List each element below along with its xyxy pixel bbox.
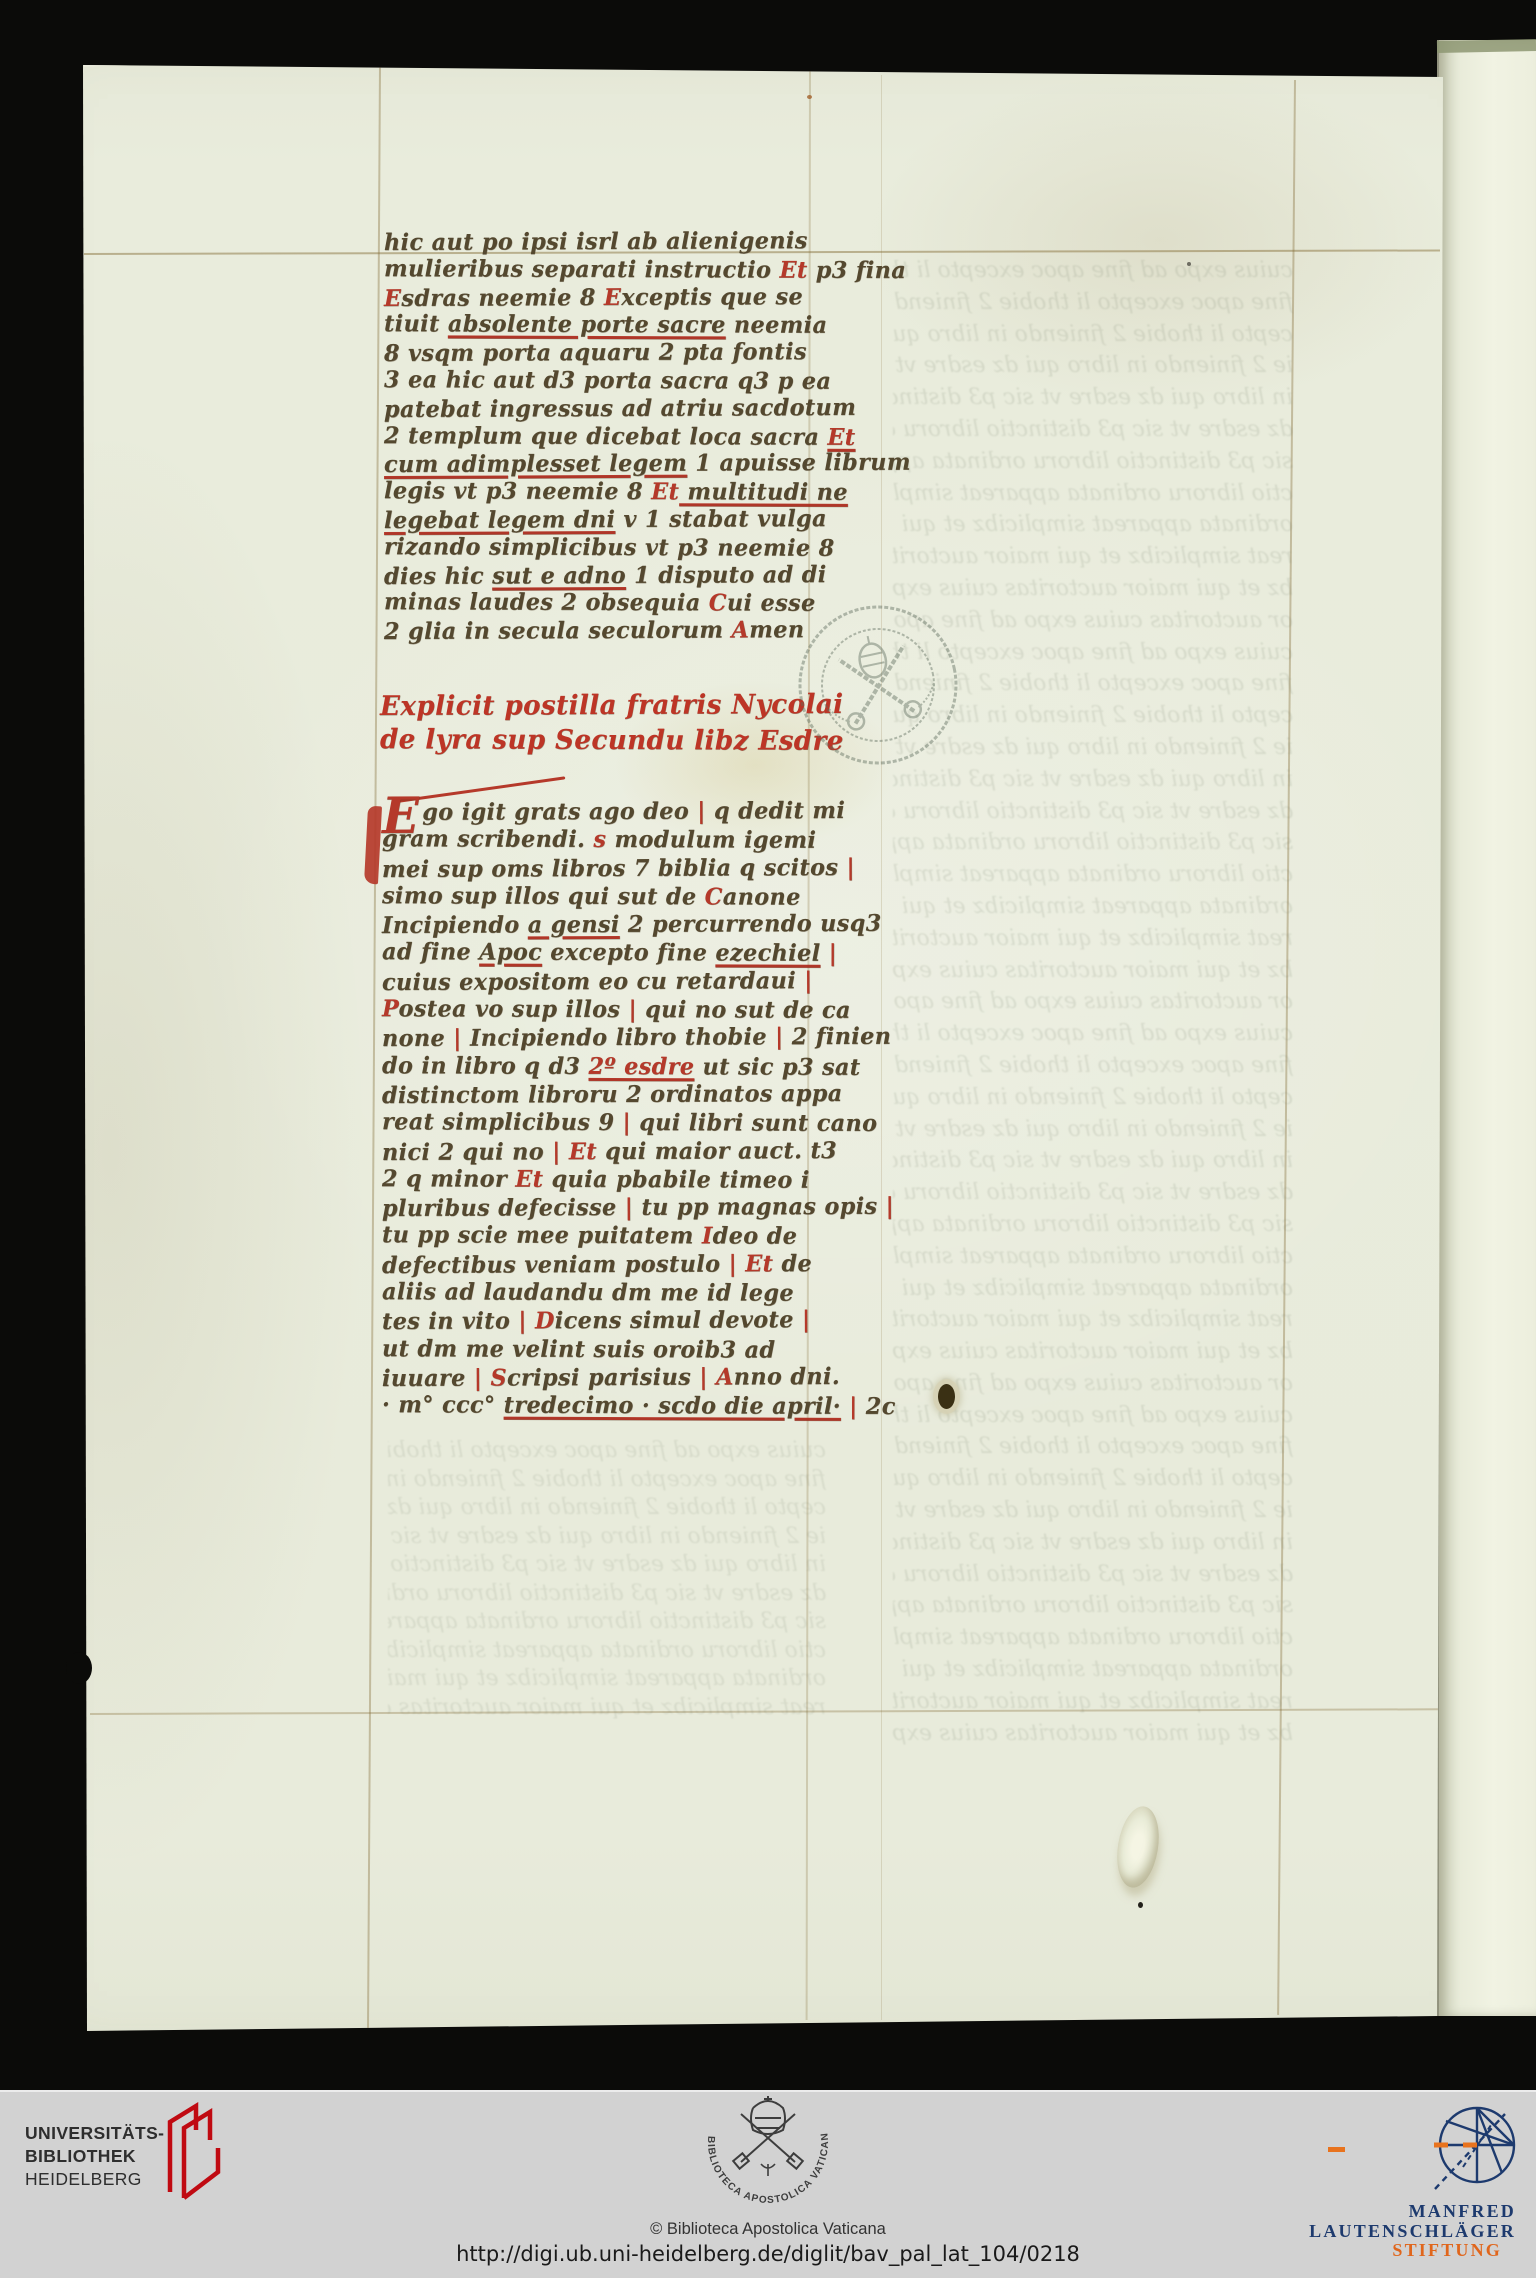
bleedthrough-line: in libro qui dz esdre vt sic p3 distinct… [893, 1148, 1293, 1180]
bleedthrough-line: fine apoc excepto li thobie 2 finiendo i… [893, 290, 1293, 322]
bleedthrough-column-right: cuius expo ad fine apoc excepto li thobi… [893, 258, 1293, 1758]
bleedthrough-line: ie 2 finiendo in libro qui dz esdre vt s… [893, 353, 1293, 385]
bleedthrough-line: bz et qui maior auctoritas cuius expo ad… [893, 576, 1293, 608]
leaf-top-edge [1437, 39, 1536, 53]
manuscript-line: distinctom libroru 2 ordinatos appa [382, 1080, 846, 1110]
bleedthrough-line: bz et qui maior auctoritas cuius expo ad… [893, 1721, 1293, 1753]
manuscript-text-block-2: Ego igit grats ago deo | q dedit migram … [382, 798, 846, 1421]
mls-wordmark: MANFRED LAUTENSCHLÄGER STIFTUNG [1309, 2202, 1516, 2261]
manuscript-line: dies hic sut e adno 1 disputo ad di [384, 561, 848, 591]
edge-debris [66, 1652, 92, 1684]
red-initial-bracket [364, 806, 382, 885]
parchment-hole [938, 1384, 955, 1409]
photo-area: cuius expo ad fine apoc excepto li thobi… [0, 0, 1536, 2090]
bleedthrough-line: cuius expo ad fine apoc excepto li thobi… [388, 1438, 826, 1467]
manuscript-line: Explicit postilla fratris Nycolai [380, 687, 844, 724]
manuscript-line: tes in vito | Dicens simul devote | [382, 1306, 846, 1336]
ub-line-1: UNIVERSITÄTS- [25, 2122, 164, 2145]
bleedthrough-line: ordinata appareat simplicibz et qui maio… [893, 1657, 1293, 1689]
ink-speck [807, 95, 812, 99]
bleedthrough-line: ie 2 finiendo in libro qui dz esdre vt s… [893, 1498, 1293, 1530]
mls-line-3: STIFTUNG [1309, 2241, 1516, 2261]
manuscript-line: do in libro q d3 2º esdre ut sic p3 sat [382, 1052, 846, 1082]
ub-heidelberg-logo-icon [156, 2100, 226, 2202]
bleedthrough-line: ctio libroru ordinata appareat simplicib… [893, 1625, 1293, 1657]
manuscript-line: defectibus veniam postulo | Et de [382, 1250, 846, 1280]
ub-line-3: HEIDELBERG [25, 2168, 164, 2191]
manuscript-line: ad fine Apoc excepto fine ezechiel | [382, 939, 846, 969]
ruling-line-left [367, 66, 381, 2028]
manuscript-line: 3 ea hic aut d3 porta sacra q3 p ea [384, 366, 848, 395]
bleedthrough-line: cuius expo ad fine apoc excepto li thobi… [893, 1403, 1293, 1435]
manuscript-line: 2 q minor Et quia pbabile timeo i [382, 1165, 846, 1195]
bleedthrough-line: cuius expo ad fine apoc excepto li thobi… [893, 1021, 1293, 1053]
manuscript-line: patebat ingressus ad atriu sacdotum [384, 394, 848, 424]
bleedthrough-line: cuius expo ad fine apoc excepto li thobi… [893, 258, 1293, 290]
corner-fold [84, 60, 179, 66]
svg-text:BIBLIOTECA APOSTOLICA VATICANA: BIBLIOTECA APOSTOLICA VATICANA [693, 2094, 831, 2206]
source-url: http://digi.ub.uni-heidelberg.de/diglit/… [0, 2242, 1536, 2266]
bleedthrough-line: bz et qui maior auctoritas cuius expo ad… [893, 1339, 1293, 1371]
manuscript-line: iuuare | Scripsi parisius | Anno dni. [382, 1363, 846, 1393]
manuscript-line: legis vt p3 neemie 8 Et multitudi ne [384, 477, 848, 506]
manuscript-line: none | Incipiendo libro thobie | 2 finie… [382, 1023, 846, 1053]
manuscript-line: · m° ccc° tredecimo · scdo die april· | … [382, 1391, 846, 1421]
bleedthrough-line: cepto li thobie 2 finiendo in libro qui … [388, 1495, 826, 1524]
bleedthrough-line: reat simplicibz et qui maior auctoritas … [388, 1695, 826, 1724]
bleedthrough-line: ordinata appareat simplicibz et qui maio… [893, 894, 1293, 926]
book-fore-edge [1437, 40, 1536, 2016]
manuscript-line: Postea vo sup illos | qui no sut de ca [382, 995, 846, 1025]
manuscript-line: mulieribus separati instructio Et p3 fin… [384, 255, 848, 284]
vatican-arc-text: BIBLIOTECA APOSTOLICA VATICANA [693, 2094, 831, 2206]
manuscript-line: nici 2 qui no | Et qui maior auct. t3 [382, 1137, 846, 1167]
ub-heidelberg-wordmark: UNIVERSITÄTS- BIBLIOTHEK HEIDELBERG [25, 2122, 164, 2191]
ink-speck [1138, 1902, 1143, 1908]
manuscript-line: minas laudes 2 obsequia Cui esse [384, 589, 848, 618]
ub-line-2: BIBLIOTHEK [25, 2145, 164, 2168]
manuscript-line: Ego igit grats ago deo | q dedit mi [382, 797, 846, 827]
bleedthrough-line: dz esdre vt sic p3 distinctio libroru or… [388, 1581, 826, 1610]
bleedthrough-line: dz esdre vt sic p3 distinctio libroru or… [893, 799, 1293, 831]
bleedthrough-line: ie 2 finiendo in libro qui dz esdre vt s… [388, 1524, 826, 1553]
bleedthrough-line: in libro qui dz esdre vt sic p3 distinct… [893, 385, 1293, 417]
manuscript-line: rizando simplicibus vt p3 neemie 8 [384, 533, 848, 562]
manuscript-line: legebat legem dni v 1 stabat vulga [384, 505, 848, 535]
bleedthrough-line: bz et qui maior auctoritas cuius expo ad… [893, 958, 1293, 990]
manuscript-line: cum adimplesset legem 1 apuisse librum [384, 449, 848, 479]
manuscript-line: cuius expositom eo cu retardaui | [382, 967, 846, 997]
parchment-page: cuius expo ad fine apoc excepto li thobi… [0, 0, 1536, 2090]
bleedthrough-line: fine apoc excepto li thobie 2 finiendo i… [893, 1434, 1293, 1466]
mls-line-1: MANFRED [1309, 2202, 1516, 2222]
footer-bar: UNIVERSITÄTS- BIBLIOTHEK HEIDELBERG [0, 2090, 1536, 2278]
manuscript-line: simo sup illos qui sut de Canone [382, 882, 846, 912]
manuscript-line: pluribus defecisse | tu pp magnas opis | [382, 1193, 846, 1223]
manuscript-line: Incipiendo a gensi 2 percurrendo usq3 [382, 910, 846, 940]
parchment-repair-dimple [1112, 1803, 1164, 1890]
manuscript-line: reat simplicibus 9 | qui libri sunt cano [382, 1108, 846, 1138]
manfred-lautenschlaeger-stiftung-logo [1433, 2105, 1518, 2195]
bleedthrough-line: sic p3 distinctio libroru ordinata appar… [388, 1609, 826, 1638]
bleedthrough-line: fine apoc excepto li thobie 2 finiendo i… [893, 1053, 1293, 1085]
manuscript-line: 2 templum que dicebat loca sacra Et [384, 422, 848, 451]
manuscript-line: de lyra sup Secundu libz Esdre [380, 722, 844, 759]
manuscript-line: ut dm me velint suis oroib3 ad [382, 1335, 846, 1365]
vatican-copyright: © Biblioteca Apostolica Vaticana [0, 2220, 1536, 2239]
bleedthrough-line: or auctoritas cuius expo ad fine apoc ex… [893, 989, 1293, 1021]
ink-speck [1187, 262, 1191, 266]
manuscript-line: gram scribendi. s modulum igemi [382, 825, 846, 855]
bleedthrough-column-left: cuius expo ad fine apoc excepto li thobi… [388, 1438, 826, 1726]
manuscript-line: mei sup oms libros 7 biblia q scitos | [382, 854, 846, 884]
digitized-manuscript-scan: cuius expo ad fine apoc excepto li thobi… [0, 0, 1536, 2278]
bleedthrough-line: ordinata appareat simplicibz et qui maio… [893, 1276, 1293, 1308]
bleedthrough-line: sic p3 distinctio libroru ordinata appar… [893, 830, 1293, 862]
bleedthrough-line: ordinata appareat simplicibz et qui maio… [893, 512, 1293, 544]
bleedthrough-line: ctio libroru ordinata appareat simplicib… [388, 1638, 826, 1667]
manuscript-line: tu pp scie mee puitatem Ideo de [382, 1222, 846, 1252]
bleedthrough-line: ctio libroru ordinata appareat simplicib… [893, 481, 1293, 513]
manuscript-line: tiuit absolente porte sacre neemia [384, 311, 848, 340]
mls-dash-mark [1328, 2147, 1345, 2152]
bleedthrough-line: reat simplicibz et qui maior auctoritas … [893, 1307, 1293, 1339]
bleedthrough-line: sic p3 distinctio libroru ordinata appar… [893, 1212, 1293, 1244]
manuscript-text-block-1: hic aut po ipsi isrl ab alienigenismulie… [384, 228, 848, 645]
bleedthrough-line: cepto li thobie 2 finiendo in libro qui … [893, 1085, 1293, 1117]
bleedthrough-line: ctio libroru ordinata appareat simplicib… [893, 1244, 1293, 1276]
bleedthrough-line: fine apoc excepto li thobie 2 finiendo i… [388, 1467, 826, 1496]
bleedthrough-line: sic p3 distinctio libroru ordinata appar… [893, 449, 1293, 481]
bleedthrough-line: dz esdre vt sic p3 distinctio libroru or… [893, 1180, 1293, 1212]
bleedthrough-line: ctio libroru ordinata appareat simplicib… [893, 862, 1293, 894]
bleedthrough-line: reat simplicibz et qui maior auctoritas … [893, 926, 1293, 958]
bleedthrough-line: dz esdre vt sic p3 distinctio libroru or… [893, 417, 1293, 449]
biblioteca-apostolica-vaticana-logo: BIBLIOTECA APOSTOLICA VATICANA [693, 2094, 843, 2239]
bleedthrough-line: in libro qui dz esdre vt sic p3 distinct… [893, 1530, 1293, 1562]
bleedthrough-line: in libro qui dz esdre vt sic p3 distinct… [893, 767, 1293, 799]
mls-line-2: LAUTENSCHLÄGER [1309, 2222, 1516, 2242]
manuscript-line: Esdras neemie 8 Exceptis que se [384, 283, 848, 313]
bleedthrough-line: in libro qui dz esdre vt sic p3 distinct… [388, 1552, 826, 1581]
bleedthrough-line: reat simplicibz et qui maior auctoritas … [893, 1689, 1293, 1721]
bleedthrough-line: sic p3 distinctio libroru ordinata appar… [893, 1593, 1293, 1625]
bleedthrough-line: dz esdre vt sic p3 distinctio libroru or… [893, 1562, 1293, 1594]
bleedthrough-line: cepto li thobie 2 finiendo in libro qui … [893, 322, 1293, 354]
manuscript-line: hic aut po ipsi isrl ab alienigenis [384, 227, 848, 257]
manuscript-rubric-explicit: Explicit postilla fratris Nycolaide lyra… [380, 688, 844, 758]
vatican-library-stamp [777, 584, 979, 786]
bleedthrough-line: reat simplicibz et qui maior auctoritas … [893, 544, 1293, 576]
bleedthrough-line: ordinata appareat simplicibz et qui maio… [388, 1666, 826, 1695]
manuscript-line: 8 vsqm porta aquaru 2 pta fontis [384, 338, 848, 368]
bleedthrough-line: ie 2 finiendo in libro qui dz esdre vt s… [893, 1117, 1293, 1149]
manuscript-line: aliis ad laudandu dm me id lege [382, 1278, 846, 1308]
bleedthrough-line: cepto li thobie 2 finiendo in libro qui … [893, 1466, 1293, 1498]
